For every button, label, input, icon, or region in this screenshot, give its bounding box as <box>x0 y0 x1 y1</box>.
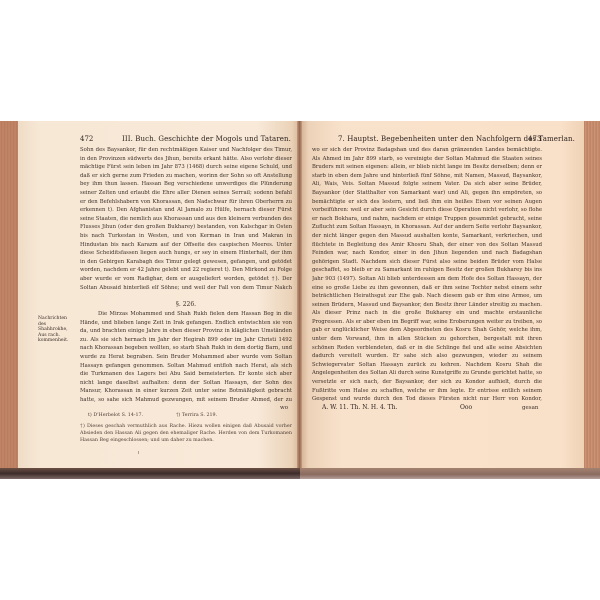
footnote-long: †) Dieses geschah vermuthlich aus Rache.… <box>80 423 292 445</box>
left-page: 472 III. Buch. Geschichte der Mogols und… <box>18 121 300 471</box>
section-number: §. 226. <box>80 301 292 308</box>
paper-speck <box>138 451 139 454</box>
printer-signature: A. W. 11. Th. N. H. 4. Th. <box>322 404 397 411</box>
running-head: III. Buch. Geschichte der Mogols und Tat… <box>122 135 291 143</box>
open-book: 472 III. Buch. Geschichte der Mogols und… <box>0 121 600 478</box>
book-gutter <box>297 121 302 473</box>
footnote: †) Terrira S. 219. <box>176 412 217 419</box>
page-edges-right <box>582 121 600 473</box>
page-number: 472 <box>80 135 93 143</box>
body-paragraph: wo er sich der Provinz Badagshan und des… <box>312 146 542 404</box>
page-number: 473 <box>528 135 541 143</box>
catchword: gesan <box>522 405 538 411</box>
body-paragraph: Sohn des Baysankor, für den rechtmäßigen… <box>80 146 292 292</box>
footnote: t) D'Herbelot S. 14-17. <box>88 412 143 419</box>
signature-mark: Ooo <box>460 404 472 411</box>
bottom-shadow-right <box>300 468 600 479</box>
right-page: 7. Hauptst. Begebenheiten unter den Nach… <box>300 121 584 471</box>
body-paragraph: Die Mirzas Mohammed und Shah Rukh fielen… <box>80 310 292 405</box>
marginal-note: Nachrichten des Shahhrokhe, Aus rach. ko… <box>38 316 74 344</box>
catchword: wo <box>280 405 288 411</box>
